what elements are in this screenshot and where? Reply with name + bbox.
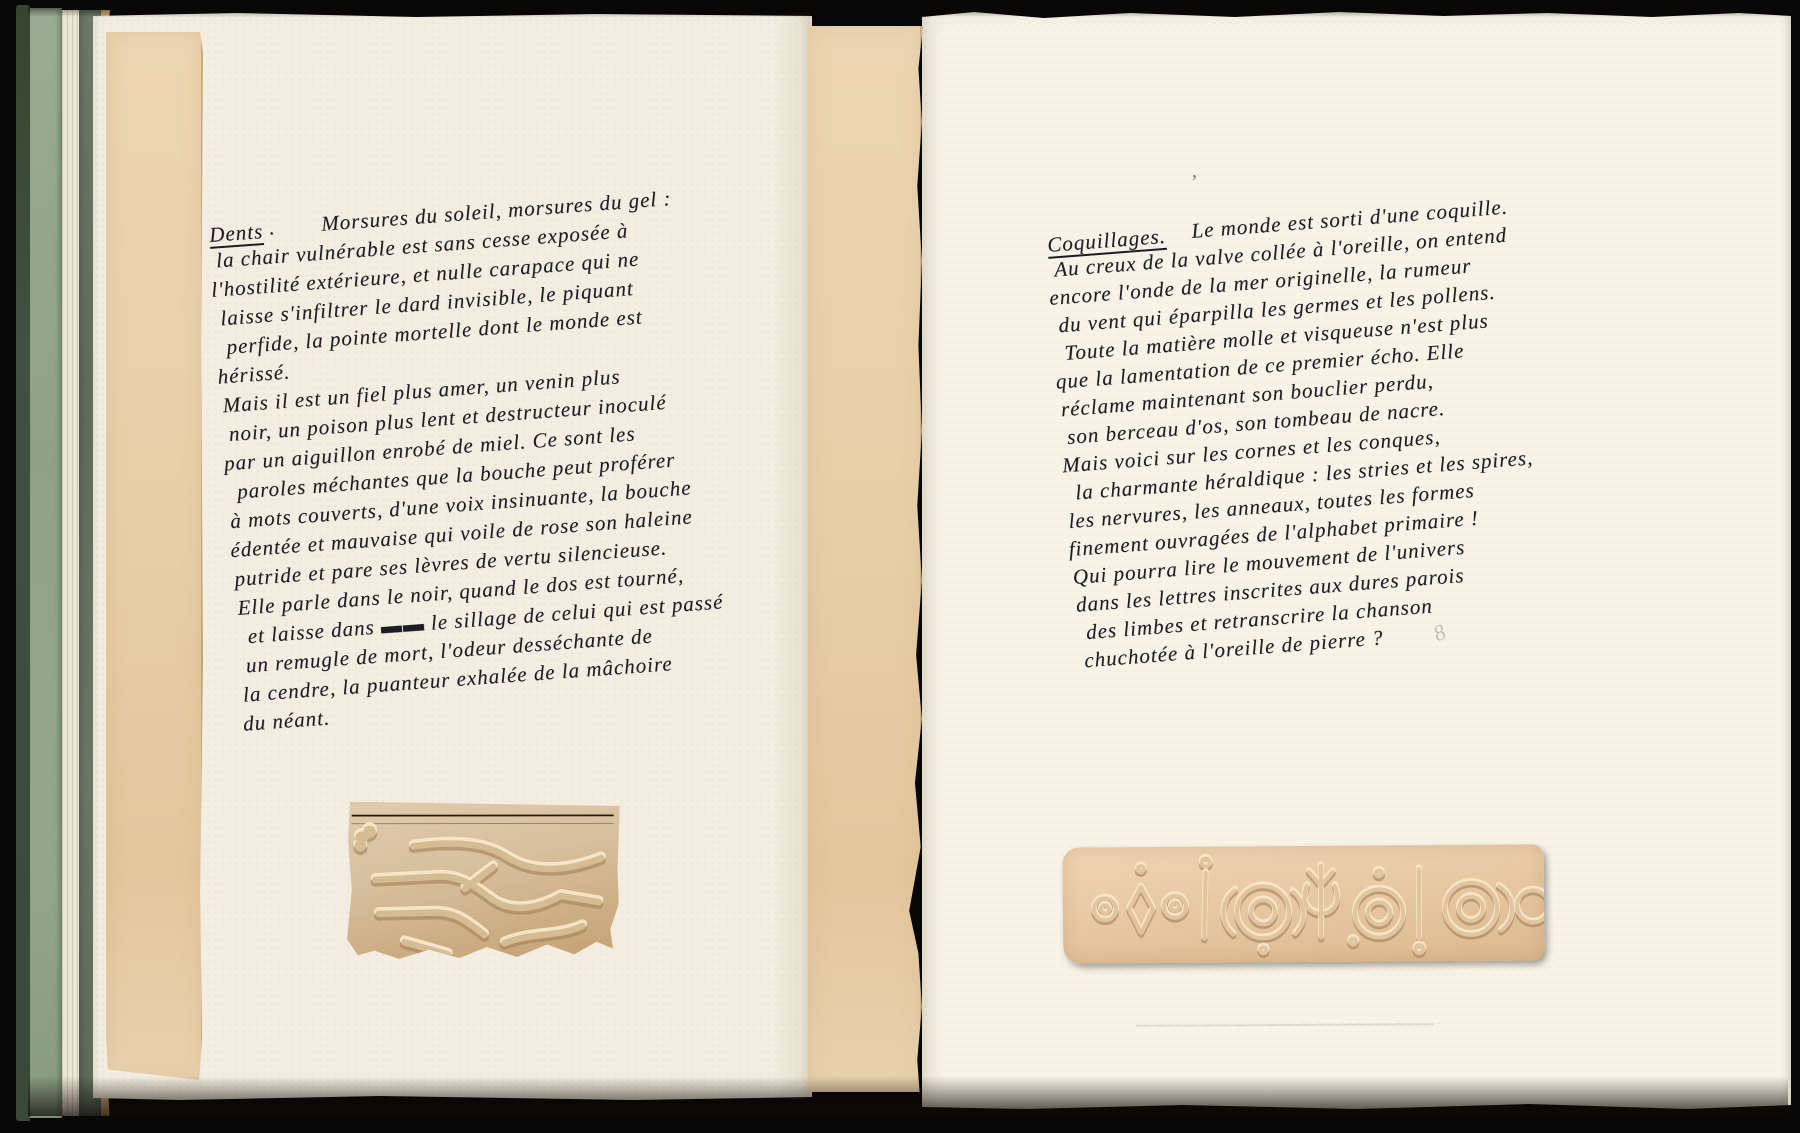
stray-ink-mark: ,	[1192, 160, 1197, 183]
page-block-edge	[62, 10, 79, 1116]
right-page-text: Coquillages.Le monde est sorti d'une coq…	[1046, 182, 1679, 675]
left-page-text: Dents .Morsures du soleil, morsures du g…	[208, 174, 845, 739]
open-book-photo: Dents .Morsures du soleil, morsures du g…	[0, 0, 1800, 1133]
section-heading-dents: Dents	[208, 219, 264, 249]
top-shadow	[28, 5, 1788, 17]
teeth-bite-relief-icon	[344, 802, 620, 965]
shell-frieze-relief-icon	[1063, 844, 1545, 963]
heading-punctuation: .	[262, 215, 276, 240]
spacer	[276, 231, 322, 234]
spacer	[1166, 238, 1192, 240]
tissue-guard-left	[106, 32, 203, 1080]
green-endpaper-edge	[30, 8, 62, 1118]
bottom-shadow	[28, 1076, 1788, 1116]
book-cover-edge	[16, 5, 30, 1121]
